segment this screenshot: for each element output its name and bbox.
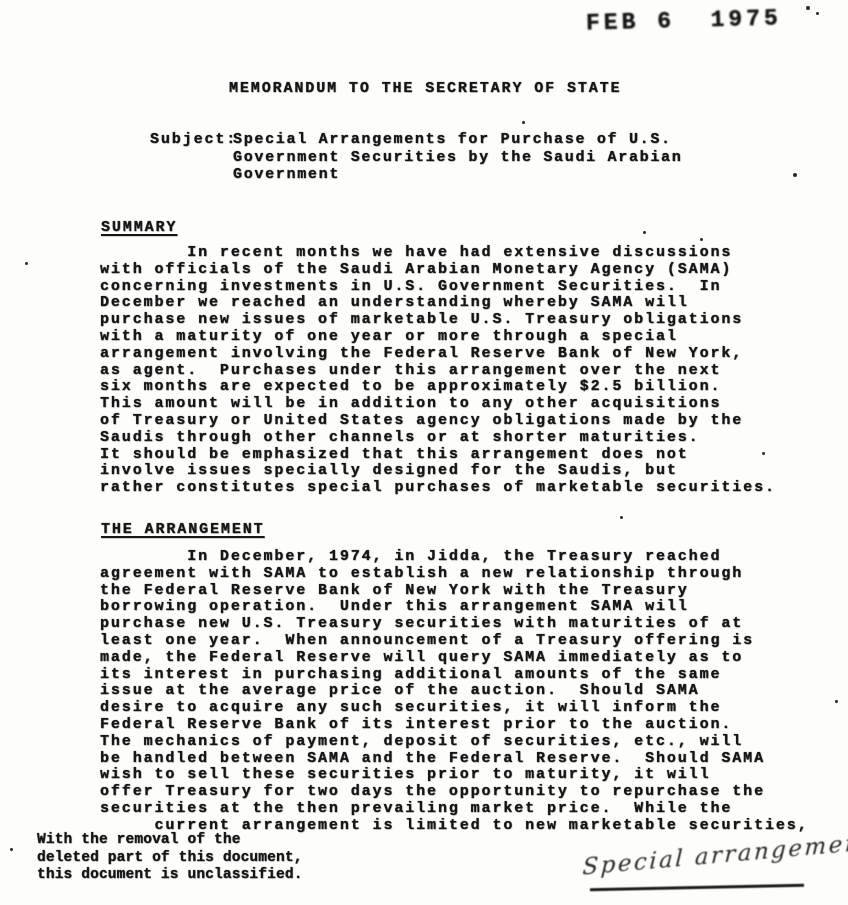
scan-speck bbox=[620, 516, 623, 519]
scan-speck bbox=[835, 700, 838, 703]
scanned-memo-page: FEB 6 1975 MEMORANDUM TO THE SECRETARY O… bbox=[0, 0, 848, 905]
handwritten-annotation: Special arrangement bbox=[582, 829, 848, 881]
declassification-note: With the removal of the deleted part of … bbox=[37, 832, 303, 885]
memo-title: MEMORANDUM TO THE SECRETARY OF STATE bbox=[229, 80, 621, 97]
scan-speck bbox=[762, 452, 765, 455]
scan-speck bbox=[700, 238, 703, 241]
summary-heading: SUMMARY bbox=[101, 219, 177, 236]
arrangement-body: In December, 1974, in Jidda, the Treasur… bbox=[100, 549, 809, 835]
scan-speck bbox=[522, 121, 525, 124]
subject-label: Subject: bbox=[150, 131, 237, 148]
subject-text: Special Arrangements for Purchase of U.S… bbox=[233, 131, 682, 184]
date-stamp: FEB 6 1975 bbox=[586, 5, 782, 36]
scan-speck bbox=[643, 231, 646, 234]
summary-body: In recent months we have had extensive d… bbox=[100, 245, 776, 497]
scan-speck bbox=[816, 12, 819, 15]
scan-speck bbox=[793, 173, 797, 177]
scan-speck bbox=[806, 6, 810, 10]
scan-speck bbox=[10, 848, 13, 851]
handwritten-underline bbox=[590, 884, 804, 891]
scan-speck bbox=[25, 262, 28, 265]
arrangement-heading: THE ARRANGEMENT bbox=[101, 521, 265, 538]
